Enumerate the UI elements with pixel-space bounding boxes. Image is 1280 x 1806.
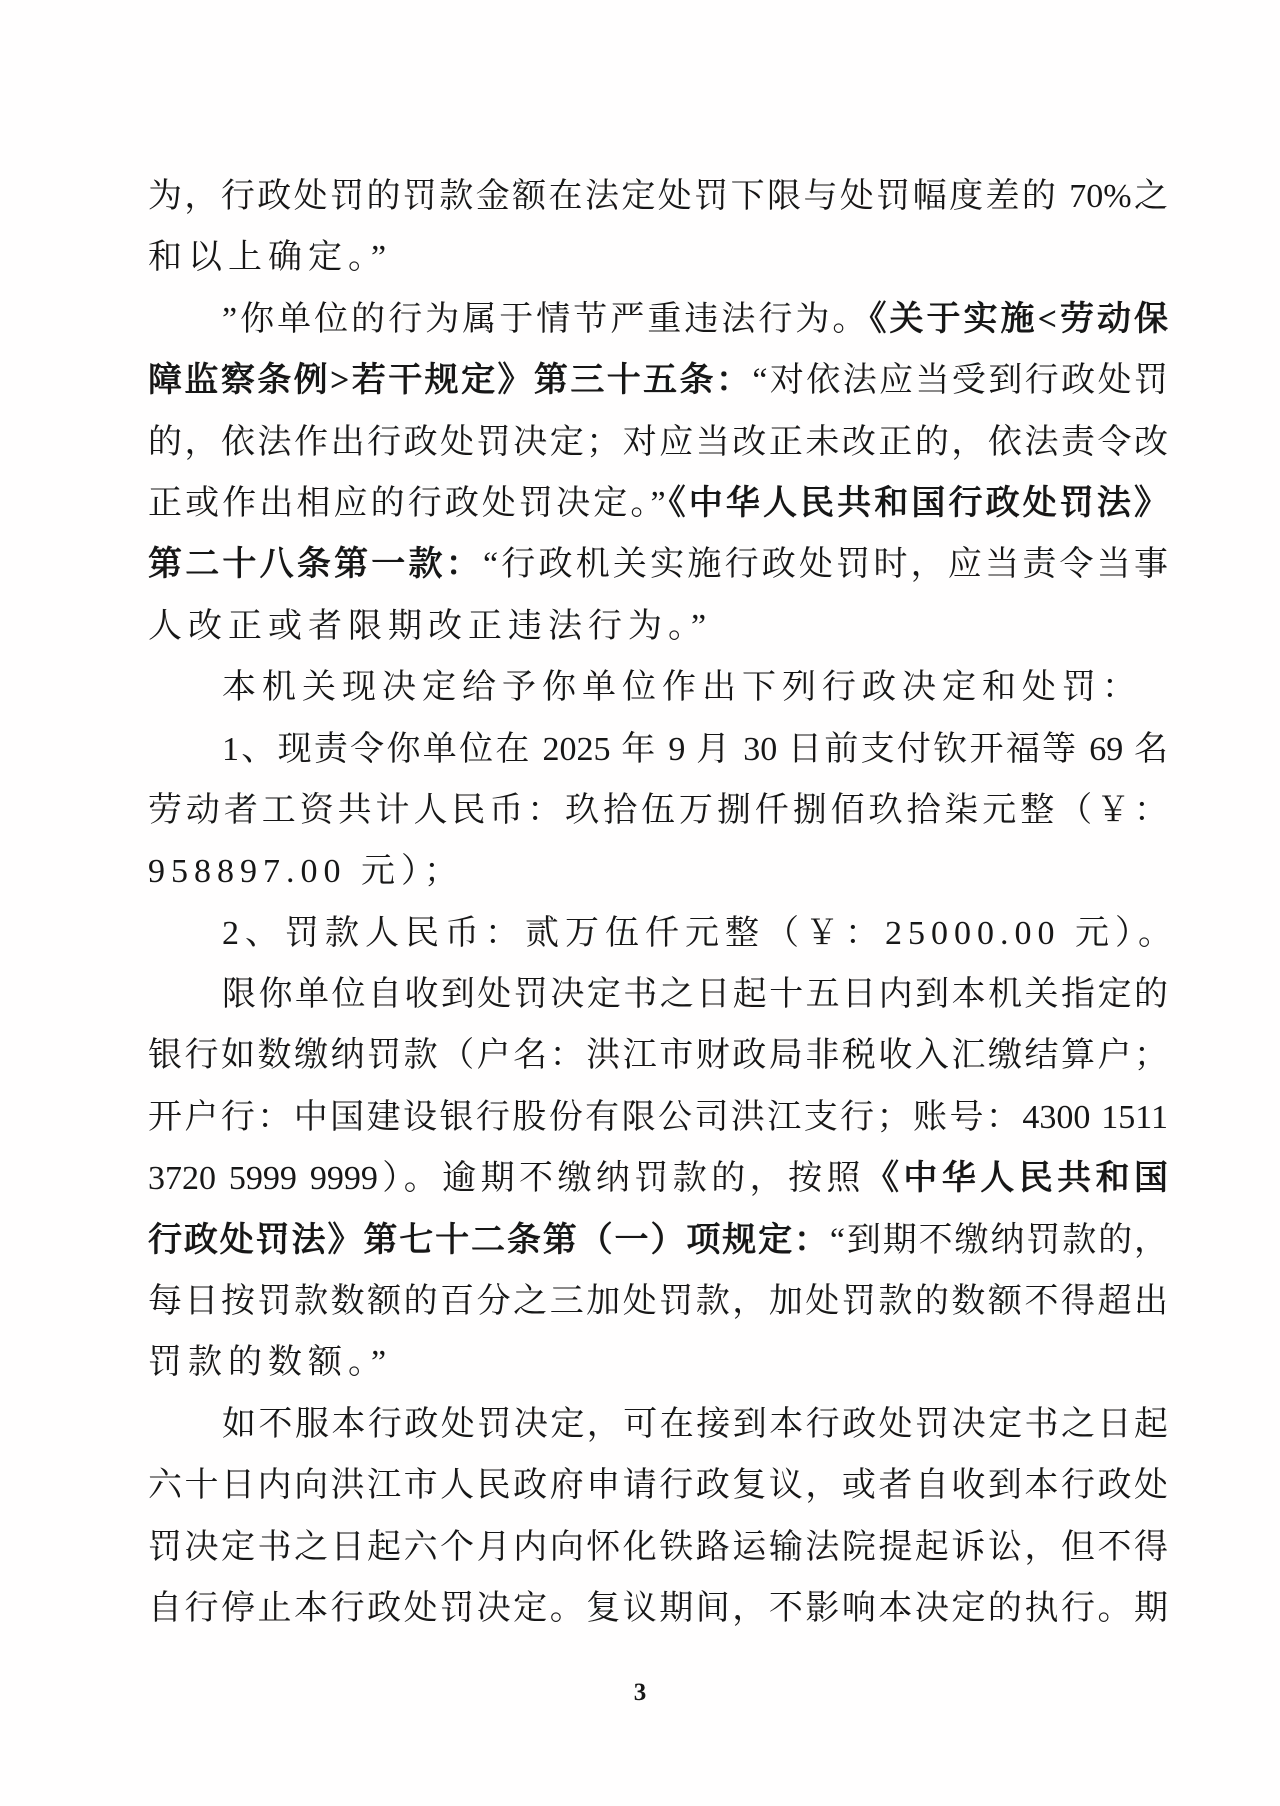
text-segment: 自行停止本行政处罚决定。复议期间，不影响本决定的执行。期 <box>148 1590 1168 1627</box>
text-segment: 3720 5999 9999）。逾期不缴纳罚款的，按照 <box>148 1160 865 1197</box>
document-line: 劳动者工资共计人民币：玖拾伍万捌仟捌佰玖拾柒元整（￥： <box>148 780 1168 841</box>
document-line: 本机关现决定给予你单位作出下列行政决定和处罚： <box>148 657 1168 718</box>
text-segment: 罚决定书之日起六个月内向怀化铁路运输法院提起诉讼，但不得 <box>148 1529 1168 1566</box>
document-line: 958897.00 元）； <box>148 841 1168 902</box>
document-line: 的，依法作出行政处罚决定；对应当改正未改正的，依法责令改 <box>148 412 1168 473</box>
text-segment: 银行如数缴纳罚款（户名：洪江市财政局非税收入汇缴结算户； <box>148 1037 1168 1074</box>
document-line: 每日按罚款数额的百分之三加处罚款，加处罚款的数额不得超出 <box>148 1271 1168 1332</box>
bold-text-segment: 《中华人民共和国 <box>865 1160 1168 1197</box>
document-line: 开户行：中国建设银行股份有限公司洪江支行；账号：4300 1511 <box>148 1087 1168 1148</box>
bold-text-segment: 障监察条例>若干规定》第三十五条： <box>148 362 752 399</box>
text-segment: 开户行：中国建设银行股份有限公司洪江支行；账号：4300 1511 <box>148 1099 1168 1136</box>
document-line: 障监察条例>若干规定》第三十五条：“对依法应当受到行政处罚 <box>148 350 1168 411</box>
document-line: 人改正或者限期改正违法行为。” <box>148 596 1168 657</box>
document-line: 为，行政处罚的罚款金额在法定处罚下限与处罚幅度差的 70%之 <box>148 166 1168 227</box>
bold-text-segment: 《关于实施<劳动保 <box>869 301 1168 338</box>
text-segment: 限你单位自收到处罚决定书之日起十五日内到本机关指定的 <box>222 976 1168 1013</box>
text-segment: 如不服本行政处罚决定，可在接到本行政处罚决定书之日起 <box>222 1406 1168 1443</box>
document-body: 为，行政处罚的罚款金额在法定处罚下限与处罚幅度差的 70%之和以上确定。””你单… <box>0 0 1280 1639</box>
bold-text-segment: 第二十八条第一款： <box>148 546 483 583</box>
text-segment: 的，依法作出行政处罚决定；对应当改正未改正的，依法责令改 <box>148 424 1168 461</box>
document-line: 正或作出相应的行政处罚决定。”《中华人民共和国行政处罚法》 <box>148 473 1168 534</box>
document-line: 3720 5999 9999）。逾期不缴纳罚款的，按照《中华人民共和国 <box>148 1148 1168 1209</box>
text-segment: “行政机关实施行政处罚时，应当责令当事 <box>483 546 1168 583</box>
document-line: ”你单位的行为属于情节严重违法行为。《关于实施<劳动保 <box>148 289 1168 350</box>
text-segment: 每日按罚款数额的百分之三加处罚款，加处罚款的数额不得超出 <box>148 1283 1168 1320</box>
text-segment: 正或作出相应的行政处罚决定。” <box>148 485 666 522</box>
text-segment: 和以上确定。” <box>148 239 392 276</box>
text-segment: 人改正或者限期改正违法行为。” <box>148 608 712 645</box>
bold-text-segment: 行政处罚法》第七十二条第（一）项规定： <box>148 1222 830 1259</box>
text-segment: “对依法应当受到行政处罚 <box>752 362 1168 399</box>
document-line: 如不服本行政处罚决定，可在接到本行政处罚决定书之日起 <box>148 1394 1168 1455</box>
document-line: 六十日内向洪江市人民政府申请行政复议，或者自收到本行政处 <box>148 1455 1168 1516</box>
text-segment: ”你单位的行为属于情节严重违法行为。 <box>222 301 869 338</box>
text-segment: “到期不缴纳罚款的， <box>830 1222 1168 1259</box>
text-segment: 为，行政处罚的罚款金额在法定处罚下限与处罚幅度差的 70%之 <box>148 178 1168 215</box>
text-segment: 958897.00 元）； <box>148 853 464 890</box>
text-segment: 1、现责令你单位在 2025 年 9 月 30 日前支付钦开福等 69 名 <box>222 731 1168 768</box>
document-line: 和以上确定。” <box>148 227 1168 288</box>
text-segment: 劳动者工资共计人民币：玖拾伍万捌仟捌佰玖拾柒元整（￥： <box>148 792 1168 829</box>
text-segment: 罚款的数额。” <box>148 1344 392 1381</box>
document-line: 1、现责令你单位在 2025 年 9 月 30 日前支付钦开福等 69 名 <box>148 719 1168 780</box>
text-segment: 2、罚款人民币：贰万伍仟元整（￥：25000.00 元）。 <box>222 915 1178 952</box>
document-line: 限你单位自收到处罚决定书之日起十五日内到本机关指定的 <box>148 964 1168 1025</box>
text-segment: 本机关现决定给予你单位作出下列行政决定和处罚： <box>222 669 1142 706</box>
bold-text-segment: 《中华人民共和国行政处罚法》 <box>666 485 1168 522</box>
document-line: 2、罚款人民币：贰万伍仟元整（￥：25000.00 元）。 <box>148 903 1168 964</box>
page-number: 3 <box>0 1679 1280 1707</box>
document-line: 行政处罚法》第七十二条第（一）项规定：“到期不缴纳罚款的， <box>148 1210 1168 1271</box>
document-page: 为，行政处罚的罚款金额在法定处罚下限与处罚幅度差的 70%之和以上确定。””你单… <box>0 0 1280 1806</box>
document-line: 罚决定书之日起六个月内向怀化铁路运输法院提起诉讼，但不得 <box>148 1517 1168 1578</box>
document-line: 第二十八条第一款：“行政机关实施行政处罚时，应当责令当事 <box>148 534 1168 595</box>
document-line: 银行如数缴纳罚款（户名：洪江市财政局非税收入汇缴结算户； <box>148 1025 1168 1086</box>
text-segment: 六十日内向洪江市人民政府申请行政复议，或者自收到本行政处 <box>148 1467 1168 1504</box>
document-line: 自行停止本行政处罚决定。复议期间，不影响本决定的执行。期 <box>148 1578 1168 1639</box>
document-line: 罚款的数额。” <box>148 1332 1168 1393</box>
